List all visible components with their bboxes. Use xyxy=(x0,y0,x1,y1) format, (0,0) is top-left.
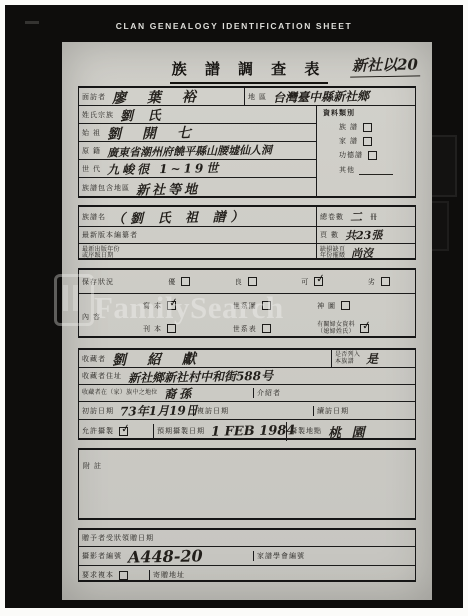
pages-label: 頁 數 xyxy=(320,230,339,240)
checkbox-good xyxy=(248,277,257,286)
holder-position-value: 裔孫 xyxy=(163,384,193,402)
founder-label: 始 祖 xyxy=(82,128,101,138)
preservation-excellent-label: 優 xyxy=(168,277,176,287)
category-option-zupu: 族 譜 xyxy=(339,122,358,132)
checkbox-gongdepu xyxy=(368,151,377,160)
checkbox-copy-request xyxy=(119,571,128,580)
copy-request-label: 要求複本 xyxy=(82,570,114,580)
section-holder-info: 收藏者 劉 紹 獻 是否列入 本族譜 是 收藏者住址 新社鄉新社村中和街 xyxy=(78,348,416,440)
contents-label: 內 容 xyxy=(82,312,101,322)
section-admin: 贈予者受狀領贈日期 攝影者編號 A448-20 家譜學會編號 xyxy=(78,528,416,582)
volumes-value: 二 xyxy=(350,208,362,225)
screenshot-root: CLAN GENEALOGY IDENTIFICATION SHEET 族 譜 … xyxy=(0,0,468,616)
checkbox-women-data: ✓ xyxy=(360,324,369,333)
handwritten-locality-code: 新社以20 xyxy=(350,53,420,77)
pages-value: 共23張 xyxy=(345,227,383,244)
mailing-address-label: 寄贈地址 xyxy=(153,570,185,580)
content-manuscript-label: 寫 本 xyxy=(143,301,162,311)
preservation-poor-label: 劣 xyxy=(368,277,376,287)
region-value: 台灣臺中縣新社鄉 xyxy=(273,87,369,106)
section-notes: 附 註 xyxy=(78,448,416,520)
filming-location-value: 桃 園 xyxy=(328,421,368,441)
expected-filming-date-label: 預期攝製日期 xyxy=(157,426,205,436)
listed-label-line2: 本族譜 xyxy=(335,359,360,366)
holder-address-label: 收藏者住址 xyxy=(82,371,122,381)
checkbox-fair: ✓ xyxy=(314,277,323,286)
book-name-value: （劉 氏 祖 譜） xyxy=(112,206,249,227)
photographer-number-label: 攝影者編號 xyxy=(82,551,122,561)
region-label: 地 區 xyxy=(248,92,267,102)
checkbox-jiapu xyxy=(363,137,372,146)
damage-value: 尚沒 xyxy=(351,245,373,261)
introducer-label: 介紹者 xyxy=(257,388,281,398)
coverage-value: 新社等地 xyxy=(136,178,200,198)
second-visit-label: 複訪日期 xyxy=(197,406,229,416)
section-basic-info: 面訪者 廖 葉 裕 地 區 台灣臺中縣新社鄉 姓氏宗族 劉 氏 xyxy=(78,86,416,198)
film-edge-artifact xyxy=(429,135,457,197)
follow-up-visit-label: 續訪日期 xyxy=(317,406,349,416)
checkbox-filming-permission: ✓ xyxy=(119,427,128,436)
donor-certificate-date-label: 贈予者受狀領贈日期 xyxy=(82,533,154,543)
checkbox-zupu xyxy=(363,123,372,132)
preservation-fair-label: 可 xyxy=(301,277,309,287)
damage-label-line2: 年份摧燬 xyxy=(320,253,345,260)
checkbox-manuscript: ✓ xyxy=(167,301,176,310)
content-lineage-chart-label: 世系圖 xyxy=(233,301,257,311)
origin-label: 原 籍 xyxy=(82,146,101,156)
blank-line xyxy=(359,166,393,175)
society-number-label: 家譜學會編號 xyxy=(257,551,305,561)
category-other-label: 其他 xyxy=(339,165,355,175)
preservation-good-label: 良 xyxy=(235,277,243,287)
section-condition-contents: 保存狀況 優 良 可✓ 劣 內 容 寫 本✓ xyxy=(78,268,416,338)
checkbox-portrait xyxy=(341,301,350,310)
survey-form-paper: 族 譜 調 查 表 新社以20 面訪者 廖 葉 裕 地 區 台灣臺中縣新社鄉 xyxy=(62,42,432,600)
surname-value: 劉 氏 xyxy=(120,105,166,125)
book-name-label: 族譜名 xyxy=(82,212,106,222)
holder-label: 收藏者 xyxy=(82,354,106,364)
origin-value: 廣東省潮州府饒平縣山腰墟仙人洞 xyxy=(107,141,272,160)
content-printed-label: 刊 本 xyxy=(143,324,162,334)
checkbox-excellent xyxy=(181,277,190,286)
content-women-data-label-line1: 有關婦女資料 xyxy=(317,322,355,329)
checkbox-lineage-chart xyxy=(262,301,271,310)
first-visit-label: 初訪日期 xyxy=(82,406,114,416)
generations-label: 世 代 xyxy=(82,164,101,174)
listed-value: 是 xyxy=(366,350,378,367)
first-visit-value: 73年1月19日 xyxy=(120,401,198,419)
compiler-label: 最新版本編纂者 xyxy=(82,230,138,240)
content-portrait-label: 神 圖 xyxy=(317,301,336,311)
filming-permission-label: 允許攝製 xyxy=(82,426,114,436)
holder-position-label: 收藏者在（家）族中之地位 xyxy=(82,390,158,397)
expected-filming-date-value: 1 FEB 1984 xyxy=(211,423,296,439)
checkbox-printed xyxy=(167,324,176,333)
microfilm-frame: CLAN GENEALOGY IDENTIFICATION SHEET 族 譜 … xyxy=(5,5,463,608)
pub-date-label-line2: 或序跋日期 xyxy=(82,253,120,260)
form-title: 族 譜 調 查 表 xyxy=(170,58,328,84)
holder-address-value: 新社鄉新社村中和街588号 xyxy=(128,366,273,386)
checkbox-poor xyxy=(381,277,390,286)
film-header-title: CLAN GENEALOGY IDENTIFICATION SHEET xyxy=(5,21,463,31)
photographer-number-value: A448-20 xyxy=(128,546,203,566)
interviewer-label: 面訪者 xyxy=(82,92,106,102)
checkbox-lineage-table xyxy=(262,324,271,333)
generations-value: 九峻很 1~19世 xyxy=(107,159,222,178)
category-option-gongdepu: 功德譜 xyxy=(339,150,363,160)
section-book-info: 族譜名 （劉 氏 祖 譜） 最新版本編纂者 xyxy=(78,205,416,260)
holder-value: 劉 紹 獻 xyxy=(112,348,204,370)
content-women-data-label-line2: （媳婦姓氏） xyxy=(317,329,355,336)
founder-value: 劉 開 七 xyxy=(107,122,199,144)
category-label: 資料類別 xyxy=(323,108,411,118)
volumes-unit-label: 冊 xyxy=(370,212,378,222)
category-option-jiapu: 家 譜 xyxy=(339,136,358,146)
content-lineage-table-label: 世系表 xyxy=(233,324,257,334)
volumes-label: 總卷數 xyxy=(320,212,344,222)
listed-label-line1: 是否列入 xyxy=(335,352,360,359)
notes-label: 附 註 xyxy=(83,463,102,470)
coverage-label: 族譜包含地區 xyxy=(82,183,130,193)
preservation-label: 保存狀況 xyxy=(82,277,114,287)
surname-label: 姓氏宗族 xyxy=(82,110,114,120)
film-scratch-artifact xyxy=(25,21,39,24)
